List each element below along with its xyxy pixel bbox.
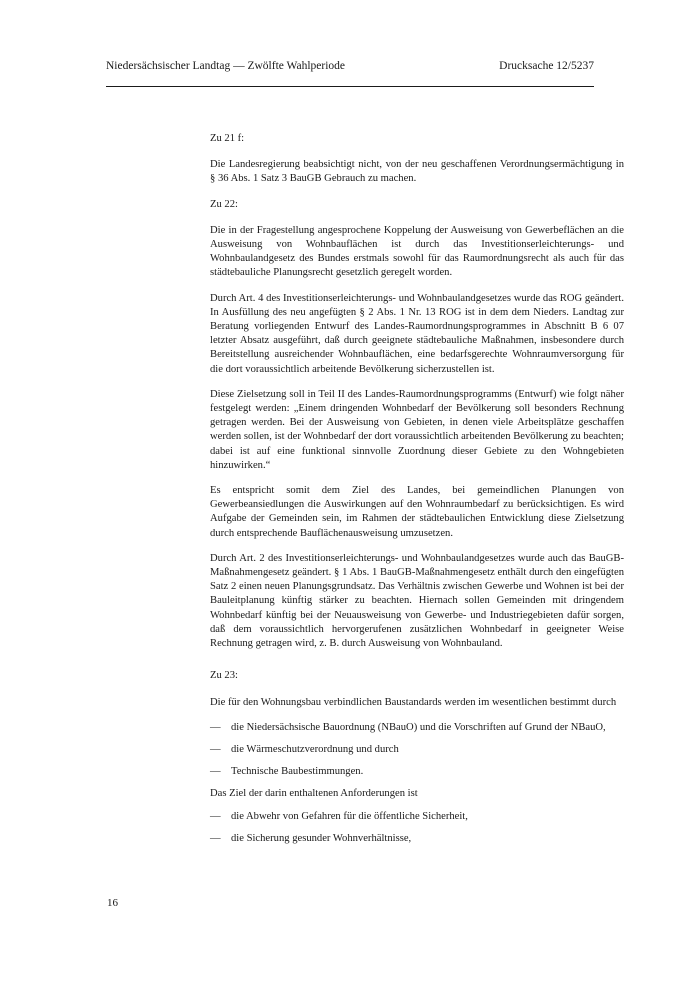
list-item-text: die Abwehr von Gefahren für die öffentli…	[231, 811, 468, 822]
list-item: — die Wärmeschutzverordnung und durch	[210, 743, 624, 757]
dash-bullet: —	[210, 765, 221, 779]
list-item: — Technische Baubestimmungen.	[210, 765, 624, 779]
list-item: — die Sicherung gesunder Wohnverhältniss…	[210, 832, 624, 846]
paragraph: Es entspricht somit dem Ziel des Landes,…	[210, 484, 624, 541]
list-item: — die Niedersächsische Bauordnung (NBauO…	[210, 721, 624, 735]
paragraph: Die in der Fragestellung angesprochene K…	[210, 224, 624, 281]
page-header: Niedersächsischer Landtag — Zwölfte Wahl…	[106, 60, 594, 78]
document-body: Zu 21 f: Die Landesregierung beabsichtig…	[210, 132, 624, 854]
list-item-text: Technische Baubestimmungen.	[231, 766, 363, 777]
baustandards-list: — die Niedersächsische Bauordnung (NBauO…	[210, 721, 624, 780]
dash-bullet: —	[210, 743, 221, 757]
section-heading-21f: Zu 21 f:	[210, 132, 624, 146]
document-number: Drucksache 12/5237	[499, 60, 594, 72]
dash-bullet: —	[210, 832, 221, 846]
paragraph: Durch Art. 2 des Investitionserleichteru…	[210, 552, 624, 651]
dash-bullet: —	[210, 810, 221, 824]
paragraph: Das Ziel der darin enthaltenen Anforderu…	[210, 787, 624, 801]
paragraph: Die für den Wohnungsbau verbindlichen Ba…	[210, 696, 624, 710]
section-heading-23: Zu 23:	[210, 669, 624, 683]
list-item-text: die Niedersächsische Bauordnung (NBauO) …	[231, 722, 606, 733]
list-item: — die Abwehr von Gefahren für die öffent…	[210, 810, 624, 824]
dash-bullet: —	[210, 721, 221, 735]
header-divider	[106, 86, 594, 87]
paragraph: Durch Art. 4 des Investitionserleichteru…	[210, 292, 624, 377]
section-heading-22: Zu 22:	[210, 198, 624, 212]
list-item-text: die Wärmeschutzverordnung und durch	[231, 744, 399, 755]
ziele-list: — die Abwehr von Gefahren für die öffent…	[210, 810, 624, 846]
paragraph: Die Landesregierung beabsichtigt nicht, …	[210, 158, 624, 186]
list-item-text: die Sicherung gesunder Wohnverhältnisse,	[231, 833, 411, 844]
header-title: Niedersächsischer Landtag — Zwölfte Wahl…	[106, 60, 345, 72]
page-number: 16	[107, 897, 118, 909]
paragraph: Diese Zielsetzung soll in Teil II des La…	[210, 388, 624, 473]
